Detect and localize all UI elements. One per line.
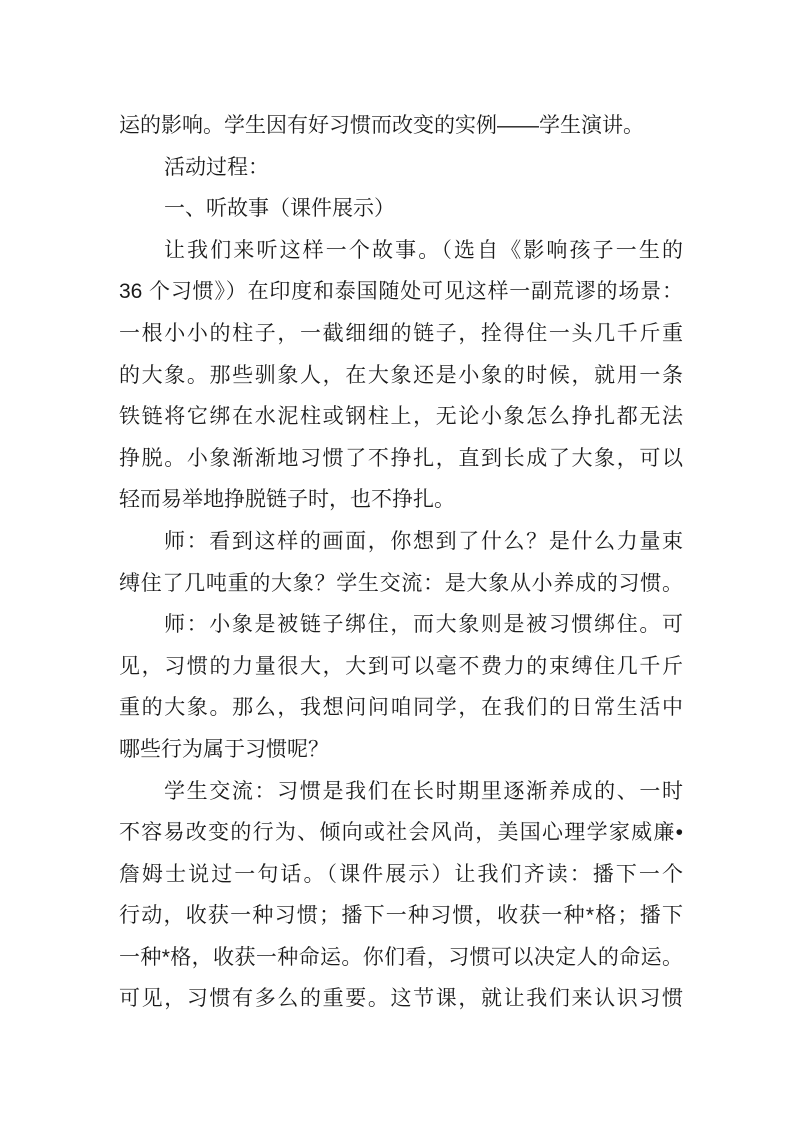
text-line: 一根小小的柱子，一截细细的链子，拴得住一头几千斤重	[119, 313, 683, 355]
text-line: 缚住了几吨重的大象？学生交流：是大象从小养成的习惯。	[119, 563, 683, 605]
text-line: 铁链将它绑在水泥柱或钢柱上，无论小象怎么挣扎都无法	[119, 396, 683, 438]
text-line: 学生交流：习惯是我们在长时期里逐渐养成的、一时	[119, 771, 683, 813]
document-page: 运的影响。学生因有好习惯而改变的实例——学生演讲。活动过程：一、听故事（课件展示…	[0, 0, 793, 1122]
text-line: 的大象。那些驯象人，在大象还是小象的时候，就用一条	[119, 355, 683, 397]
text-line: 让我们来听这样一个故事。（选自《影响孩子一生的	[119, 230, 683, 272]
text-line: 36 个习惯》）在印度和泰国随处可见这样一副荒谬的场景：	[119, 271, 683, 313]
text-line: 行动，收获一种习惯；播下一种习惯，收获一种*格；播下	[119, 895, 683, 937]
text-line: 运的影响。学生因有好习惯而改变的实例——学生演讲。	[119, 105, 683, 147]
text-line: 一种*格，收获一种命运。你们看，习惯可以决定人的命运。	[119, 937, 683, 979]
text-line: 一、听故事（课件展示）	[119, 188, 683, 230]
document-text-block: 运的影响。学生因有好习惯而改变的实例——学生演讲。活动过程：一、听故事（课件展示…	[119, 105, 683, 1020]
text-line: 哪些行为属于习惯呢？	[119, 729, 683, 771]
text-line: 可见，习惯有多么的重要。这节课，就让我们来认识习惯	[119, 978, 683, 1020]
text-line: 挣脱。小象渐渐地习惯了不挣扎，直到长成了大象，可以	[119, 438, 683, 480]
text-line: 师：看到这样的画面，你想到了什么？是什么力量束	[119, 521, 683, 563]
text-line: 重的大象。那么，我想问问咱同学，在我们的日常生活中	[119, 687, 683, 729]
text-line: 轻而易举地挣脱链子时，也不挣扎。	[119, 479, 683, 521]
text-line: 师：小象是被链子绑住，而大象则是被习惯绑住。可	[119, 604, 683, 646]
text-line: 詹姆士说过一句话。（课件展示）让我们齐读：播下一个	[119, 854, 683, 896]
text-line: 见，习惯的力量很大，大到可以毫不费力的束缚住几千斤	[119, 646, 683, 688]
text-line: 活动过程：	[119, 147, 683, 189]
text-line: 不容易改变的行为、倾向或社会风尚，美国心理学家威廉•	[119, 812, 683, 854]
